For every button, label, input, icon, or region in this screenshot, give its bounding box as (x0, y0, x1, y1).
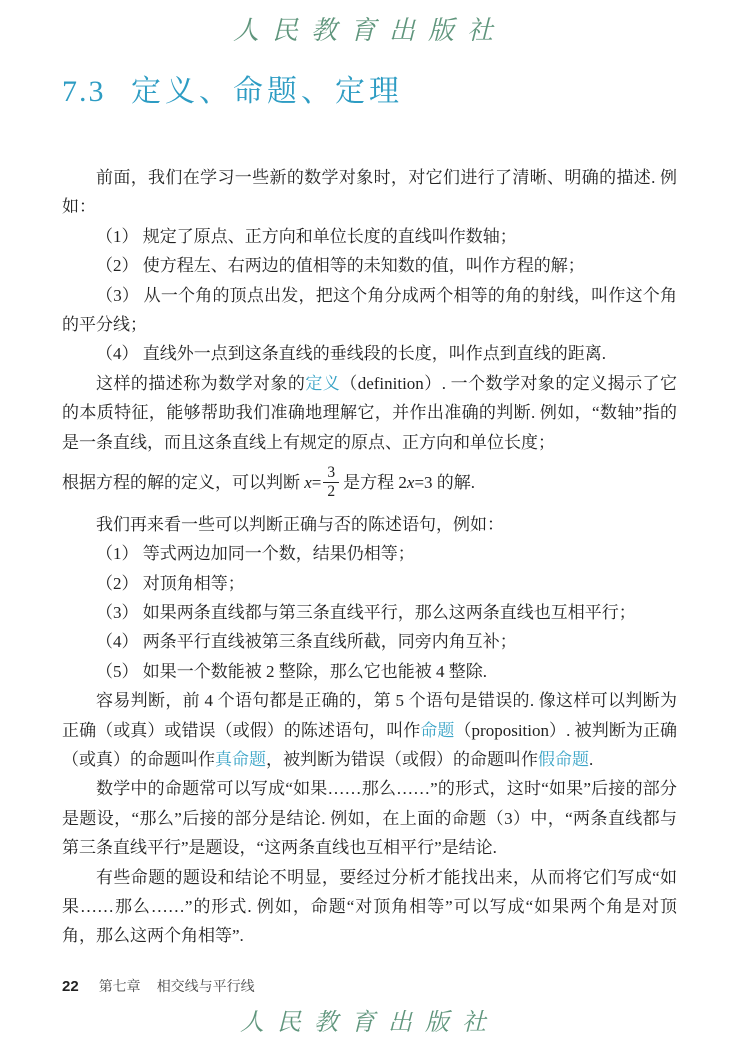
keyword-proposition: 命题 (420, 721, 454, 740)
page-number: 22 (62, 978, 79, 995)
paragraph-formula: 根据方程的解的定义，可以判断 x=32是方程 2x=3 的解. (62, 457, 677, 510)
publisher-logo-text: 人民教育出版社 (233, 16, 506, 46)
list-item-definition-1: （1） 规定了原点、正方向和单位长度的直线叫作数轴； (62, 222, 677, 251)
list-item-statement-2: （2） 对顶角相等； (62, 569, 677, 598)
keyword-definition: 定义 (305, 374, 340, 393)
paragraph-definition: 这样的描述称为数学对象的定义（definition）. 一个数学对象的定义揭示了… (62, 369, 677, 457)
section-number: 7.3 (62, 75, 106, 108)
publisher-logo-bottom: 人民教育出版社 (0, 1002, 739, 1037)
chapter-label: 第七章 (99, 978, 141, 994)
list-item-statement-5: （5） 如果一个数能被 2 整除，那么它也能被 4 整除. (62, 657, 677, 686)
textbook-page: 人民教育出版社 7.3 定义、命题、定理 前面，我们在学习一些新的数学对象时，对… (0, 0, 739, 1044)
fraction-three-halves: 32 (323, 464, 339, 501)
paragraph-proposition: 容易判断，前 4 个语句都是正确的，第 5 个语句是错误的. 像这样可以判断为正… (62, 686, 677, 774)
text-segment: 是方程 2 (343, 473, 407, 492)
paragraph-statements-intro: 我们再来看一些可以判断正确与否的陈述语句，例如： (62, 510, 677, 539)
page-body: 前面，我们在学习一些新的数学对象时，对它们进行了清晰、明确的描述. 例如： （1… (62, 163, 677, 951)
page-footer: 22第七章相交线与平行线 (62, 976, 255, 996)
text-segment: 根据方程的解的定义，可以判断 (62, 473, 304, 492)
section-title-text: 定义、命题、定理 (131, 75, 403, 108)
paragraph-hidden-hypothesis: 有些命题的题设和结论不明显，要经过分析才能找出来，从而将它们写成“如果……那么…… (62, 863, 677, 951)
text-segment: =3 的解. (414, 473, 475, 492)
keyword-false-proposition: 假命题 (538, 750, 589, 769)
fraction-denominator: 2 (323, 483, 339, 501)
text-segment: . (589, 750, 593, 769)
section-heading: 7.3 定义、命题、定理 (62, 72, 739, 111)
chapter-title: 相交线与平行线 (157, 978, 255, 994)
keyword-true-proposition: 真命题 (215, 750, 266, 769)
list-item-definition-4: （4） 直线外一点到这条直线的垂线段的长度，叫作点到直线的距离. (62, 339, 677, 368)
publisher-logo-text: 人民教育出版社 (240, 1008, 499, 1036)
list-item-definition-2: （2） 使方程左、右两边的值相等的未知数的值，叫作方程的解； (62, 251, 677, 280)
math-variable-x: x (304, 473, 312, 492)
list-item-statement-3: （3） 如果两条直线都与第三条直线平行，那么这两条直线也互相平行； (62, 598, 677, 627)
list-item-statement-1: （1） 等式两边加同一个数，结果仍相等； (62, 539, 677, 568)
list-item-statement-4: （4） 两条平行直线被第三条直线所截，同旁内角互补； (62, 627, 677, 656)
math-equals-sign: = (312, 473, 322, 492)
paragraph-intro: 前面，我们在学习一些新的数学对象时，对它们进行了清晰、明确的描述. 例如： (62, 163, 677, 222)
list-item-definition-3: （3） 从一个角的顶点出发，把这个角分成两个相等的角的射线，叫作这个角的平分线； (62, 281, 677, 340)
text-segment: 这样的描述称为数学对象的 (96, 374, 305, 393)
text-segment: ，被判断为错误（或假）的命题叫作 (266, 750, 538, 769)
publisher-logo-top: 人民教育出版社 (0, 0, 739, 44)
fraction-numerator: 3 (323, 464, 339, 483)
paragraph-if-then-form: 数学中的命题常可以写成“如果……那么……”的形式，这时“如果”后接的部分是题设，… (62, 774, 677, 862)
